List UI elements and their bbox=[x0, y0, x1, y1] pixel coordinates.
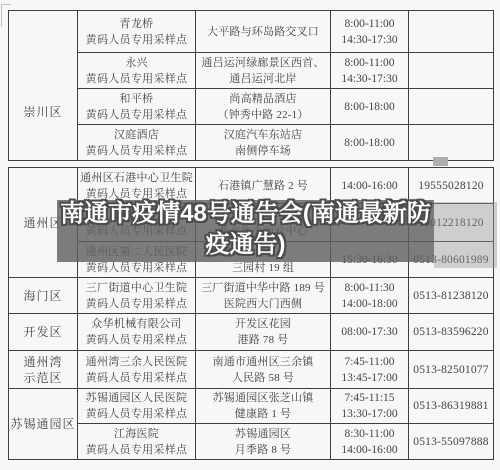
time-cell-line: 7:45-11:15 bbox=[344, 390, 394, 406]
address-cell-line: 月季路 8 号 bbox=[235, 442, 291, 458]
site-name-cell-line: 黄码人员专用采样点 bbox=[86, 296, 188, 312]
address-cell-line: 苏锡通园区 bbox=[235, 426, 291, 442]
phone-cell bbox=[409, 11, 494, 53]
address-cell: 苏锡通园区月季路 8 号 bbox=[196, 424, 331, 460]
time-cell-line: 14:00-16:00 bbox=[341, 178, 397, 194]
site-name-cell-line: 黄码人员专用采样点 bbox=[86, 32, 188, 48]
address-cell-line: 三厂街道中华中路 189 号 bbox=[201, 280, 325, 296]
time-cell: 8:00-11:0014:30-17:30 bbox=[331, 53, 409, 89]
address-cell-line: 通吕运河北岸 bbox=[229, 71, 296, 87]
site-name-cell-line: 永兴 bbox=[125, 55, 148, 71]
site-name-cell-line: 通州湾三余人民医院 bbox=[86, 354, 188, 370]
site-name-cell: 青龙桥黄码人员专用采样点 bbox=[78, 11, 196, 53]
phone-number: 0513-82501077 bbox=[413, 362, 488, 378]
site-name-cell: 众华机械有限公司黄码人员专用采样点 bbox=[78, 314, 196, 351]
time-cell-line: 8:00-11:00 bbox=[344, 55, 394, 71]
phone-cell bbox=[409, 125, 494, 161]
address-cell: 苏锡通园区张芝山镇健康路 1 号 bbox=[196, 389, 331, 424]
sampling-sites-table-top: 崇川区青龙桥黄码人员专用采样点大平路与环岛路交叉口8:00-11:0014:30… bbox=[8, 10, 494, 161]
phone-cell: 0513-82501077 bbox=[409, 351, 494, 389]
district-cell: 崇川区 bbox=[9, 11, 78, 161]
time-cell-line: 13:45-17:00 bbox=[341, 370, 397, 386]
site-name-cell: 江海医院黄码人员专用采样点 bbox=[78, 424, 196, 460]
time-cell-line: 8:00-18:00 bbox=[344, 99, 394, 115]
phone-cell: 0513-81238120 bbox=[409, 278, 494, 314]
time-cell: 8:00-11:3014:00-18:00 bbox=[331, 278, 409, 314]
district-label: 通州湾 bbox=[23, 354, 62, 370]
address-cell-line: 通吕运河绿廊景区西首、 bbox=[201, 55, 324, 71]
phone-number: 0513-55097888 bbox=[413, 434, 488, 450]
headline-overlay-shadow bbox=[434, 202, 497, 268]
phone-number: 0513-83596220 bbox=[413, 324, 488, 340]
time-cell-line: 14:30-17:30 bbox=[341, 32, 397, 48]
address-cell-line: 尚高精品酒店 bbox=[229, 91, 296, 107]
phone-number: 19555028120 bbox=[418, 178, 483, 194]
address-cell-line: 大平路与环岛路交叉口 bbox=[207, 24, 319, 40]
district-label: 崇川区 bbox=[23, 104, 62, 120]
address-cell-line: 南通市通州区三余镇 bbox=[213, 354, 314, 370]
time-cell-line: 13:30-17:00 bbox=[341, 406, 397, 422]
address-cell-line: 开发区花园 bbox=[235, 316, 291, 332]
site-name-cell-line: 黄码人员专用采样点 bbox=[86, 107, 188, 123]
phone-cell: 0513-86319881 bbox=[409, 389, 494, 424]
address-cell: 三厂街道中华中路 189 号医院西大门西侧 bbox=[196, 278, 331, 314]
address-cell-line: 人民路 58 号 bbox=[232, 370, 294, 386]
site-name-cell-line: 黄码人员专用采样点 bbox=[86, 406, 188, 422]
district-cell: 通州湾示范区 bbox=[9, 351, 78, 389]
site-name-cell-line: 黄码人员专用采样点 bbox=[86, 71, 188, 87]
time-cell-line: 08:00-17:30 bbox=[341, 324, 397, 340]
address-cell-line: 南侧停车场 bbox=[235, 143, 291, 159]
time-cell: 8:00-18:00 bbox=[331, 89, 409, 125]
phone-cell: 0513-55097888 bbox=[409, 424, 494, 460]
district-cell: 海门区 bbox=[9, 278, 78, 314]
time-cell-line: 7:45-11:00 bbox=[344, 354, 394, 370]
site-name-cell: 和平桥黄码人员专用采样点 bbox=[78, 89, 196, 125]
time-cell-line: 8:00-11:30 bbox=[344, 280, 394, 296]
address-cell: 尚高精品酒店（钟秀中路 22-1） bbox=[196, 89, 331, 125]
address-cell-line: 苏锡通园区张芝山镇 bbox=[213, 390, 314, 406]
phone-number: 0513-86319881 bbox=[413, 398, 488, 414]
address-cell-line: 港路 78 号 bbox=[238, 332, 289, 348]
site-name-cell-line: 青龙桥 bbox=[120, 16, 154, 32]
site-name-cell-line: 江海医院 bbox=[114, 426, 159, 442]
address-cell: 南通市通州区三余镇人民路 58 号 bbox=[196, 351, 331, 389]
phone-cell: 0513-83596220 bbox=[409, 314, 494, 351]
page-break-mark bbox=[433, 157, 448, 166]
site-name-cell-line: 三厂街道中心卫生院 bbox=[86, 280, 188, 296]
time-cell: 8:00-18:00 bbox=[331, 125, 409, 161]
site-name-cell: 苏锡通园区人民医院黄码人员专用采样点 bbox=[78, 389, 196, 424]
document-page: 崇川区青龙桥黄码人员专用采样点大平路与环岛路交叉口8:00-11:0014:30… bbox=[0, 0, 500, 470]
time-cell-line: 14:00-18:00 bbox=[341, 296, 397, 312]
address-cell: 大平路与环岛路交叉口 bbox=[196, 11, 331, 53]
address-cell-line: 健康路 1 号 bbox=[235, 406, 291, 422]
time-cell-line: 8:00-18:00 bbox=[344, 135, 394, 151]
address-cell-line: （钟秀中路 22-1） bbox=[217, 107, 308, 123]
address-cell: 通吕运河绿廊景区西首、通吕运河北岸 bbox=[196, 53, 331, 89]
site-name-cell: 通州湾三余人民医院黄码人员专用采样点 bbox=[78, 351, 196, 389]
district-label: 示范区 bbox=[23, 370, 62, 386]
phone-number: 0513-81238120 bbox=[413, 288, 488, 304]
address-cell: 开发区花园港路 78 号 bbox=[196, 314, 331, 351]
site-name-cell-line: 苏锡通园区人民医院 bbox=[86, 390, 188, 406]
address-cell-line: 石港镇广慧路 2 号 bbox=[218, 178, 308, 194]
district-cell: 苏锡通园区 bbox=[9, 389, 78, 460]
time-cell-line: 14:30-17:30 bbox=[341, 71, 397, 87]
address-cell: 汉庭汽车东站店南侧停车场 bbox=[196, 125, 331, 161]
site-name-cell-line: 黄码人员专用采样点 bbox=[86, 370, 188, 386]
headline-line-1: 南通市疫情48号通告会(南通最新防 bbox=[55, 198, 436, 229]
time-cell-line: 8:30-11:00 bbox=[344, 426, 394, 442]
district-label: 海门区 bbox=[23, 288, 62, 304]
time-cell: 7:45-11:1513:30-17:00 bbox=[331, 389, 409, 424]
site-name-cell: 永兴黄码人员专用采样点 bbox=[78, 53, 196, 89]
site-name-cell-line: 通州区石港中心卫生院 bbox=[80, 170, 193, 186]
headline-line-2: 疫通告) bbox=[55, 229, 436, 260]
address-cell-line: 汉庭汽车东站店 bbox=[224, 127, 302, 143]
time-cell-line: 8:00-11:00 bbox=[344, 16, 394, 32]
time-cell: 8:00-11:0014:30-17:30 bbox=[331, 11, 409, 53]
site-name-cell-line: 汉庭酒店 bbox=[114, 127, 159, 143]
time-cell-line: 14:00-16:00 bbox=[341, 442, 397, 458]
site-name-cell-line: 和平桥 bbox=[120, 91, 154, 107]
district-cell: 开发区 bbox=[9, 314, 78, 351]
site-name-cell-line: 黄码人员专用采样点 bbox=[86, 442, 188, 458]
site-name-cell-line: 黄码人员专用采样点 bbox=[86, 332, 188, 348]
phone-cell bbox=[409, 89, 494, 125]
headline-overlay: 南通市疫情48号通告会(南通最新防 疫通告) bbox=[55, 198, 436, 260]
site-name-cell-line: 黄码人员专用采样点 bbox=[86, 143, 188, 159]
site-name-cell: 汉庭酒店黄码人员专用采样点 bbox=[78, 125, 196, 161]
phone-cell bbox=[409, 53, 494, 89]
time-cell: 7:45-11:0013:45-17:00 bbox=[331, 351, 409, 389]
site-name-cell-line: 众华机械有限公司 bbox=[91, 316, 181, 332]
address-cell-line: 医院西大门西侧 bbox=[224, 296, 302, 312]
district-label: 苏锡通园区 bbox=[10, 416, 75, 432]
site-name-cell: 三厂街道中心卫生院黄码人员专用采样点 bbox=[78, 278, 196, 314]
time-cell: 08:00-17:30 bbox=[331, 314, 409, 351]
district-label: 开发区 bbox=[23, 324, 62, 340]
time-cell: 8:30-11:0014:00-16:00 bbox=[331, 424, 409, 460]
